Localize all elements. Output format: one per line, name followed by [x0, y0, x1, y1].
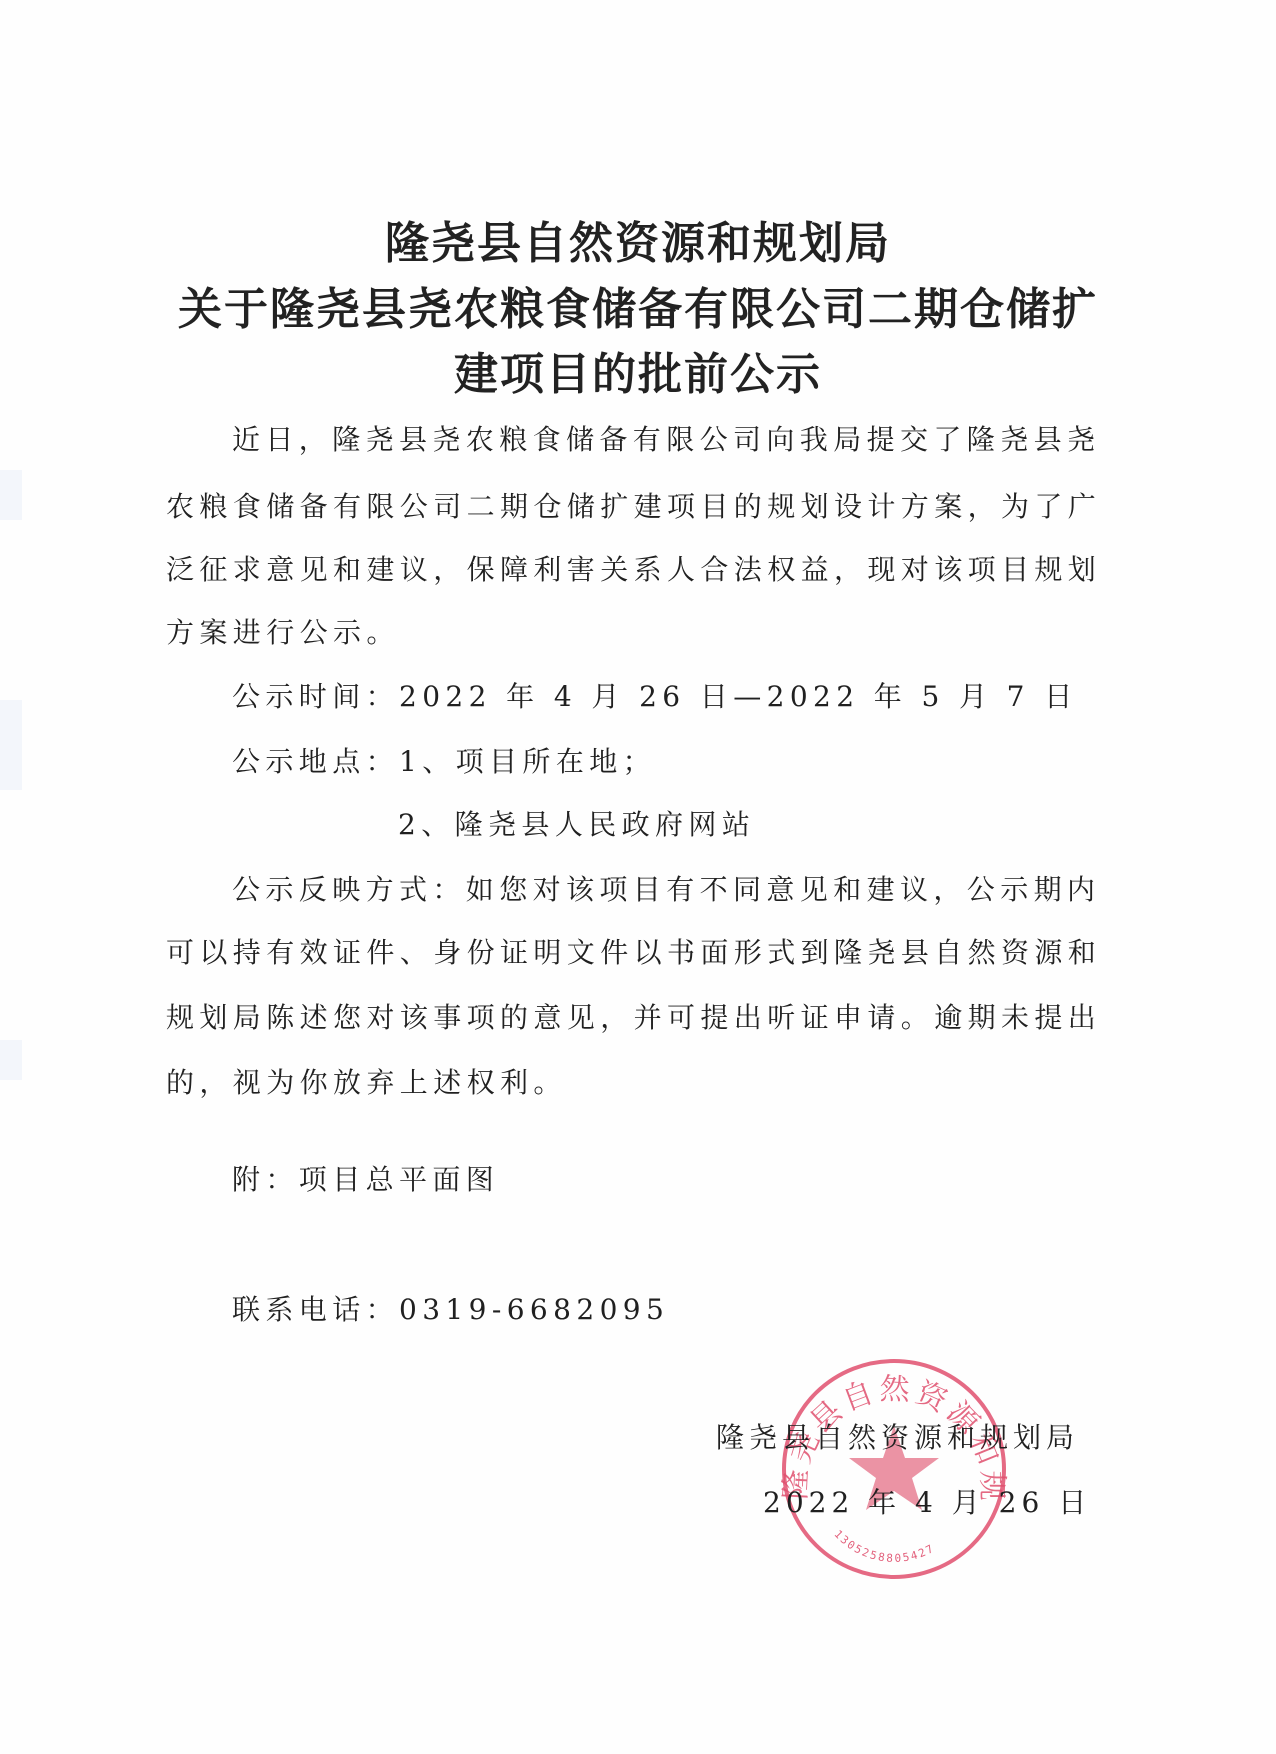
intro-line-2: 农粮食储备有限公司二期仓储扩建项目的规划设计方案，为了广: [166, 487, 1101, 527]
scan-artifact: [0, 470, 22, 520]
contact-phone: 联系电话：0319-6682095: [232, 1290, 669, 1330]
title-line-3: 建项目的批前公示: [0, 348, 1276, 402]
intro-line-4: 方案进行公示。: [166, 613, 400, 653]
feedback-line-3: 规划局陈述您对该事项的意见，并可提出听证申请。逾期未提出: [166, 998, 1101, 1038]
signature-date: 2022 年 4 月 26 日: [763, 1483, 1091, 1523]
document-page: 隆尧县自然资源和规划局 关于隆尧县尧农粮食储备有限公司二期仓储扩 建项目的批前公…: [0, 0, 1276, 1754]
feedback-line-2: 可以持有效证件、身份证明文件以书面形式到隆尧县自然资源和: [166, 933, 1101, 973]
intro-line-3: 泛征求意见和建议，保障利害关系人合法权益，现对该项目规划: [166, 550, 1101, 590]
title-line-1: 隆尧县自然资源和规划局: [0, 217, 1276, 271]
scan-artifact: [0, 700, 22, 790]
seal-serial: 1305258805427: [831, 1528, 937, 1565]
feedback-line-4: 的，视为你放弃上述权利。: [166, 1063, 567, 1103]
scan-artifact: [0, 1040, 22, 1080]
publicity-period: 公示时间：2022 年 4 月 26 日—2022 年 5 月 7 日: [232, 677, 1078, 717]
svg-text:1305258805427: 1305258805427: [831, 1528, 937, 1565]
intro-line-1: 近日，隆尧县尧农粮食储备有限公司向我局提交了隆尧县尧: [232, 420, 1100, 460]
attachment-note: 附：项目总平面图: [232, 1160, 499, 1200]
feedback-line-1: 公示反映方式：如您对该项目有不同意见和建议，公示期内: [232, 870, 1100, 910]
title-line-2: 关于隆尧县尧农粮食储备有限公司二期仓储扩: [0, 283, 1276, 337]
publicity-location-1: 公示地点：1、项目所在地；: [232, 742, 656, 782]
official-seal-icon: 隆尧县自然资源和规划局 1305258805427: [778, 1356, 1010, 1582]
publicity-location-2: 2、隆尧县人民政府网站: [398, 805, 755, 845]
signature-issuer: 隆尧县自然资源和规划局: [716, 1418, 1079, 1458]
